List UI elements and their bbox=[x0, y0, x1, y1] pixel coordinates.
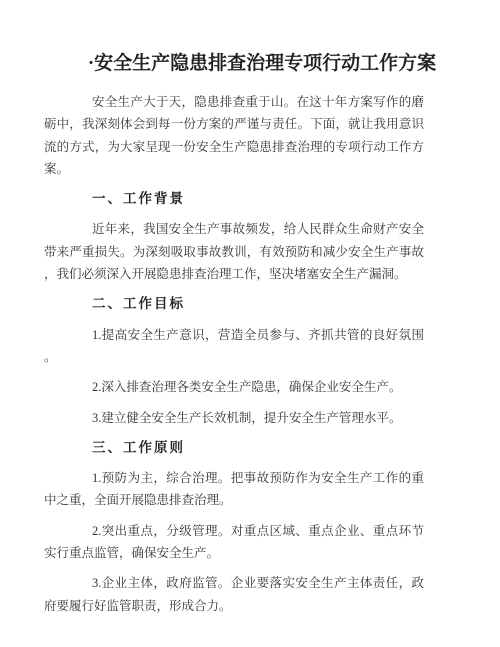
numbered-item: 2.突出重点，分级管理。对重点区域、重点企业、重点环节实行重点监管，确保安全生产… bbox=[44, 520, 424, 565]
section-work-background: 一、工作背景 近年来，我国安全生产事故频发，给人民群众生命财产安全带来严重损失。… bbox=[44, 188, 424, 285]
section-heading: 二、工作目标 bbox=[44, 293, 424, 315]
section-work-goals: 二、工作目标 1.提高安全生产意识，营造全员参与、齐抓共管的良好氛围。 2.深入… bbox=[44, 293, 424, 428]
document-page: ·安全生产隐患排查治理专项行动工作方案 安全生产大于天，隐患排查重于山。在这十年… bbox=[0, 0, 500, 647]
section-heading: 一、工作背景 bbox=[44, 188, 424, 210]
numbered-item: 2.深入排查治理各类安全生产隐患，确保企业安全生产。 bbox=[44, 376, 424, 398]
numbered-item: 3.建立健全安全生产长效机制，提升安全生产管理水平。 bbox=[44, 407, 424, 429]
intro-paragraph: 安全生产大于天，隐患排查重于山。在这十年方案写作的磨砺中，我深刻体会到每一份方案… bbox=[44, 91, 424, 180]
section-work-principles: 三、工作原则 1.预防为主，综合治理。把事故预防作为安全生产工作的重中之重，全面… bbox=[44, 437, 424, 617]
section-heading: 三、工作原则 bbox=[44, 437, 424, 459]
paragraph: 近年来，我国安全生产事故频发，给人民群众生命财产安全带来严重损失。为深刻吸取事故… bbox=[44, 218, 424, 285]
document-title: ·安全生产隐患排查治理专项行动工作方案 bbox=[0, 50, 500, 78]
numbered-item: 1.预防为主，综合治理。把事故预防作为安全生产工作的重中之重，全面开展隐患排查治… bbox=[44, 467, 424, 512]
numbered-item: 3.企业主体，政府监管。企业要落实安全生产主体责任，政府要履行好监管职责，形成合… bbox=[44, 572, 424, 617]
numbered-item: 1.提高安全生产意识，营造全员参与、齐抓共管的良好氛围。 bbox=[44, 324, 424, 369]
